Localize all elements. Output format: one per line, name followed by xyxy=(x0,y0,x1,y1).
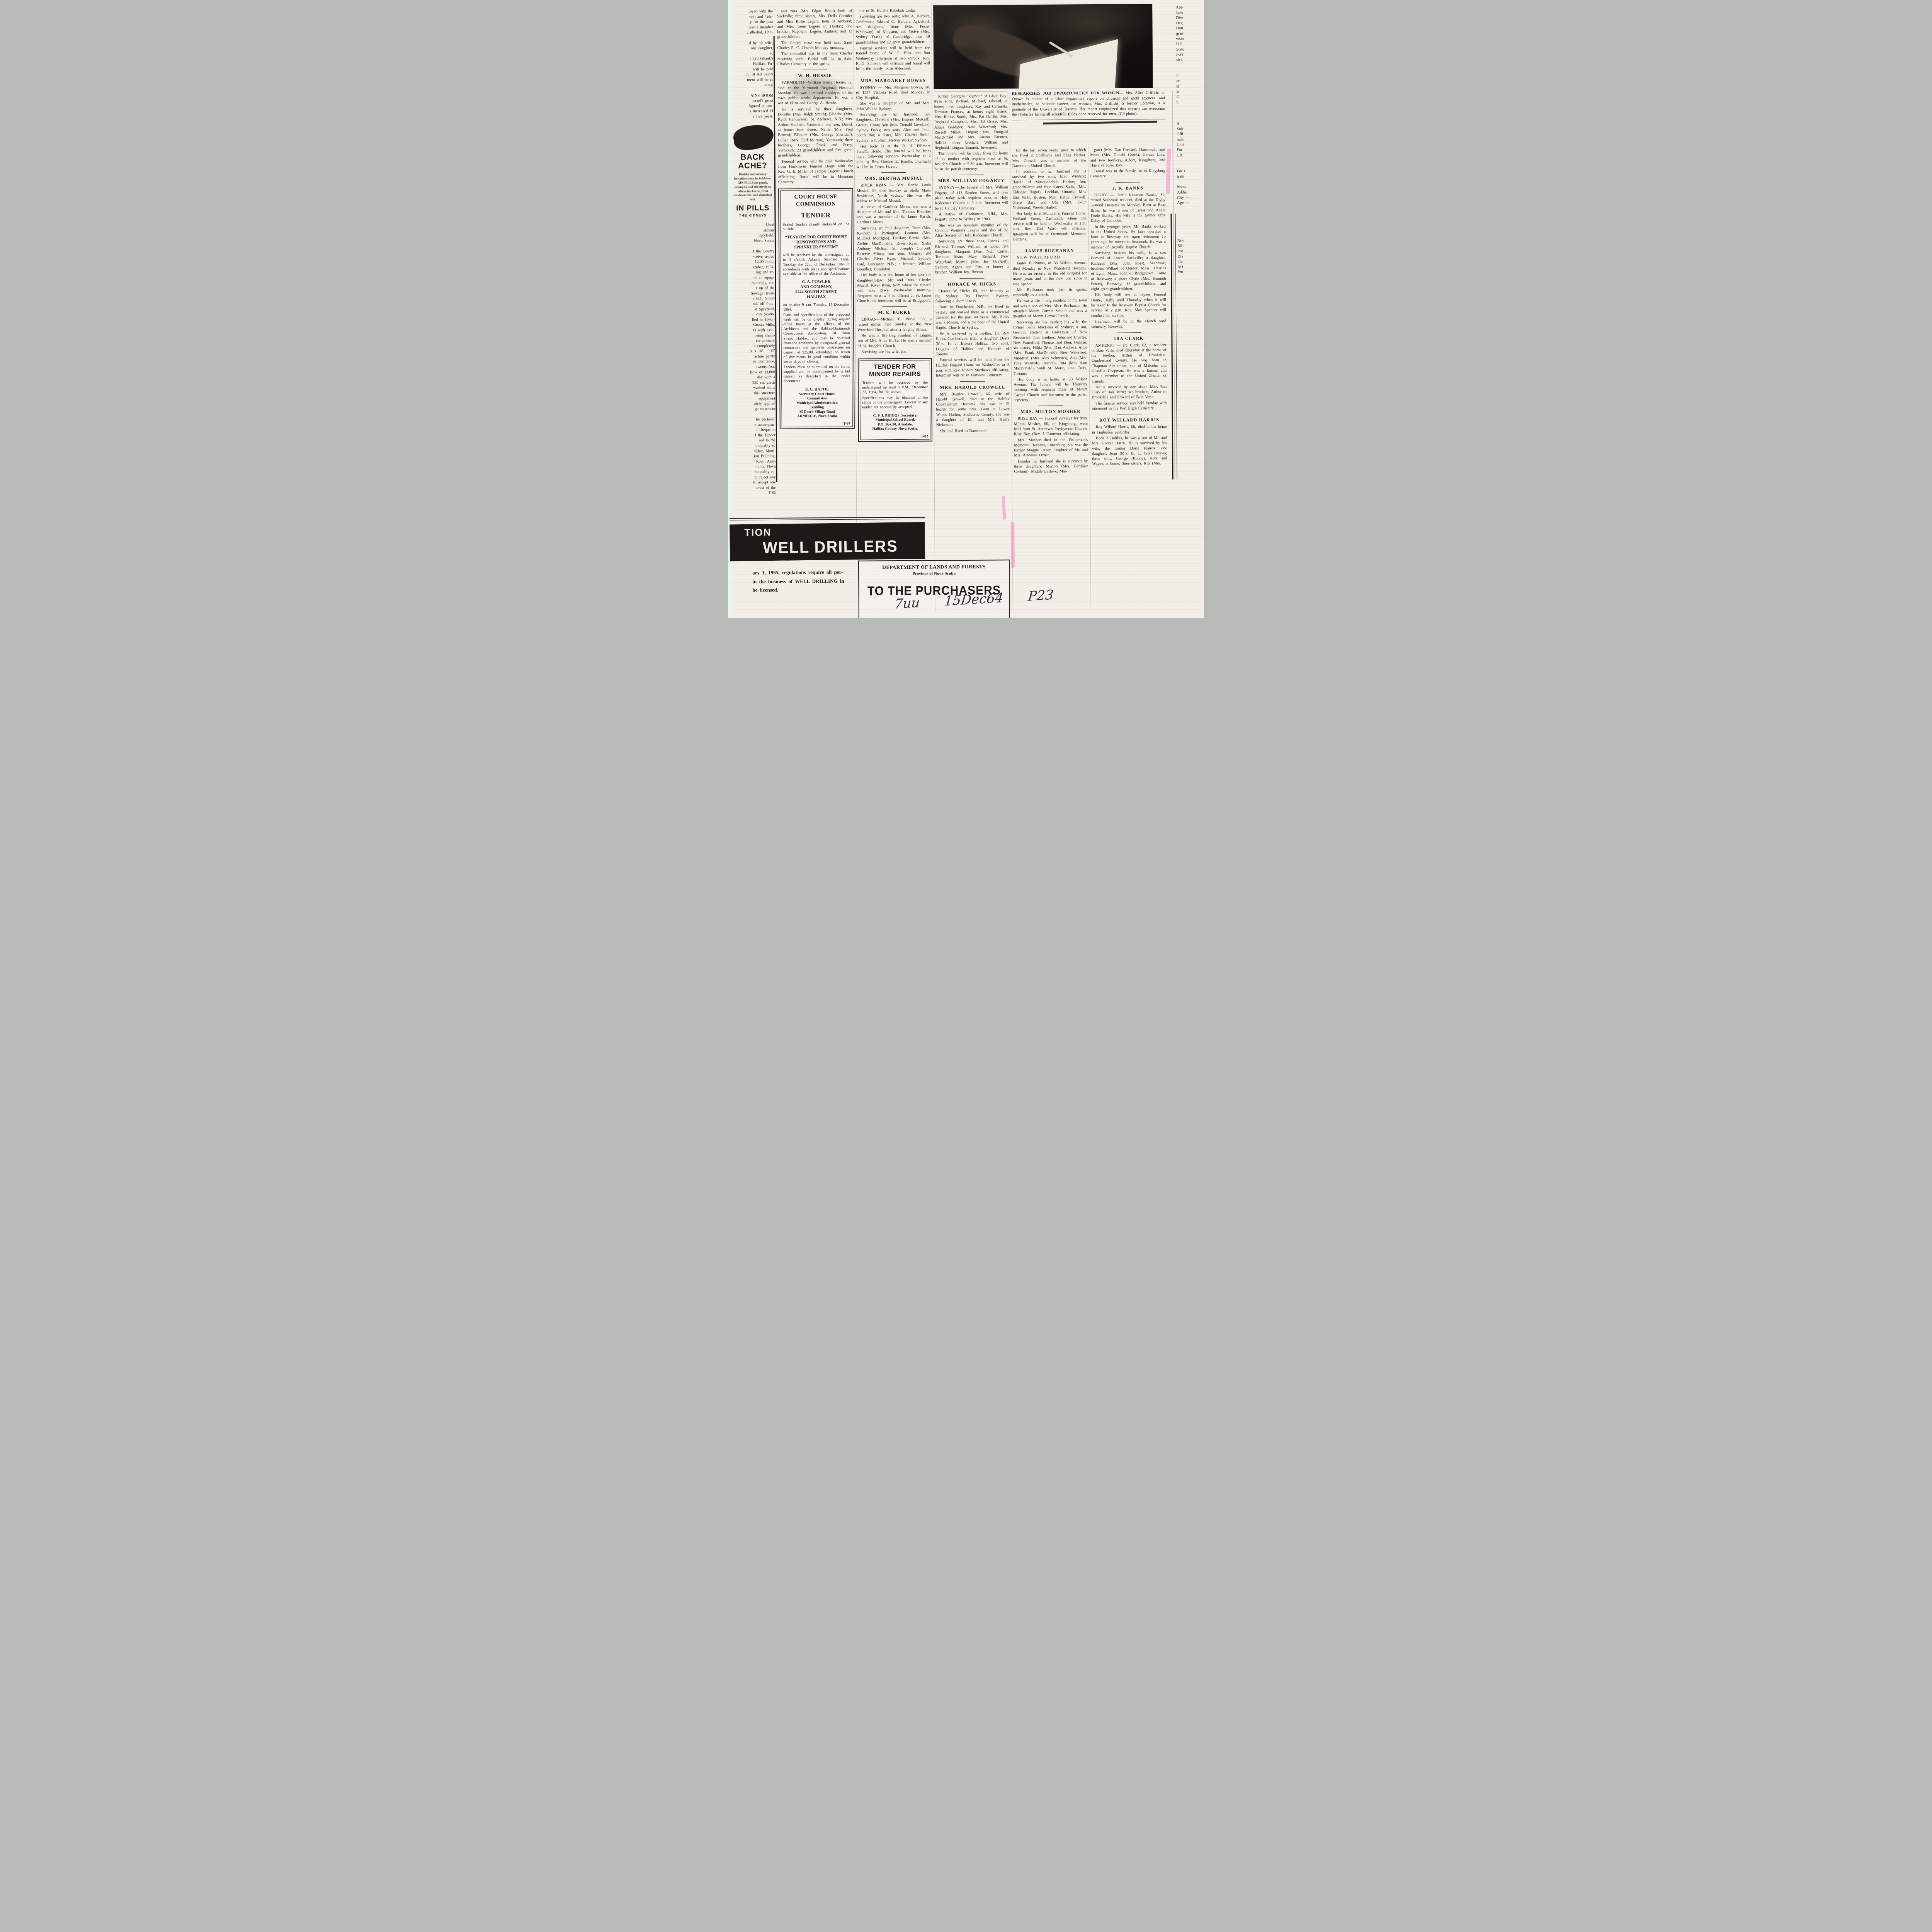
text-fragment xyxy=(731,35,773,41)
text-fragment: s completely xyxy=(733,344,775,349)
section-rule xyxy=(730,519,925,520)
text-fragment: acture partly xyxy=(733,354,775,359)
article-clark: IRA CLARK AMHERST — Ira Clark, 62, a res… xyxy=(1091,336,1167,411)
headline-musial: MRS. BERTHA MUSIAL xyxy=(857,176,931,181)
text-fragment: r up of the xyxy=(732,286,775,291)
paragraph: He was a life-long resident of Lingan, s… xyxy=(857,333,932,349)
paragraph: He is survived by a brother, Dr. Roy Hic… xyxy=(935,331,1009,357)
tender-ad-minor-repairs: TENDER FOR MINOR REPAIRS Tenders will be… xyxy=(858,358,932,442)
paragraph: Funeral service will be held Wednesday f… xyxy=(778,159,853,185)
column-2: and Nita (Mrs Edgar Brian) both of Sackv… xyxy=(777,9,855,429)
ad-paragraph: on or after 9 a.m. Tuesday, 15 December … xyxy=(783,303,850,312)
text-fragment: Pers xyxy=(1176,52,1202,58)
text-fragment: flow of 13,000 xyxy=(733,370,775,375)
marker-strikethrough xyxy=(1043,121,1157,124)
text-fragment: to reject any xyxy=(733,475,776,480)
paragraph: Mr. Buchanan took part in sports, especi… xyxy=(1013,287,1087,298)
text-fragment: this structure xyxy=(733,391,775,396)
text-fragment: App xyxy=(1176,5,1201,10)
paragraph: Born in Dorchester, N.B., he lived in Sy… xyxy=(935,304,1009,331)
paragraph: Surviving are his mother; his wife, the … xyxy=(1013,320,1087,376)
text-fragment: osing cham- xyxy=(732,333,775,338)
text-fragment: gran xyxy=(1176,31,1202,36)
text-fragment: lled in 1960,- xyxy=(732,317,775,323)
banner-main-text: WELL DRILLERS xyxy=(742,537,920,558)
obit-continuation-herbert: ber of St. Eulalie Rebekah Lodge.Survivi… xyxy=(855,8,930,72)
headline-buchanan: JAMES BUCHANAN xyxy=(1013,248,1087,253)
ad-title: TENDER FOR xyxy=(862,364,928,371)
right-fragments-5: NameAddreCity —Age — xyxy=(1177,185,1202,206)
text-fragment: Deg xyxy=(1176,20,1201,26)
paragraph: A native of Gardiner Mines, she was a da… xyxy=(857,204,931,225)
text-fragment: materials, etc. xyxy=(732,281,775,286)
text-fragment: s increased 11 xyxy=(731,109,774,114)
text-fragment: ete primary xyxy=(732,338,775,344)
text-fragment: Nov xyxy=(1177,238,1203,243)
text-fragment: ins: xyxy=(1177,248,1203,254)
text-fragment: T-83 xyxy=(733,490,776,496)
photo-caption: RESEARCHES JOB OPPORTUNITIES FOR WOMEN— … xyxy=(1012,90,1165,120)
text-fragment: day with a xyxy=(733,375,775,380)
article-divider xyxy=(1038,406,1063,406)
column-5: for the last seven years, prior to which… xyxy=(1012,148,1088,475)
ad-firm-line: AND COMPANY, xyxy=(783,284,850,290)
headline-banks: J. K. BANKS xyxy=(1090,186,1165,191)
text-fragment: washed stone xyxy=(733,385,775,391)
ad-signature-line: ARMDALE, Nova Scotia xyxy=(784,414,850,419)
text-fragment: d cheque in xyxy=(733,427,776,433)
column-4: former Georgina Seymour of Glace Bay; th… xyxy=(934,94,1010,434)
text-fragment xyxy=(733,412,776,417)
paragraph: Surviving besides his wife, is a son Ber… xyxy=(1091,250,1166,292)
text-fragment: e accompan- xyxy=(733,422,776,428)
text-fragment: e B.C. Silver xyxy=(732,296,775,301)
paragraph: Besides her husband she is survived by t… xyxy=(1014,459,1088,474)
text-fragment: ember, 1964, xyxy=(732,265,774,270)
text-fragment: eceive sealed xyxy=(732,254,774,260)
text-fragment: f the Tender xyxy=(733,433,776,438)
obit-continuation-legere: and Nita (Mrs Edgar Brian) both of Sackv… xyxy=(777,9,852,67)
ad-paragraph: Plans and specifications of the proposed… xyxy=(783,313,850,364)
article-mosher: MRS. MILTON MOSHER ROSE BAY — Funeral se… xyxy=(1014,409,1088,474)
ad-signature-line: Halifax County, Nova Scotia. xyxy=(862,427,928,432)
paragraph: His body will rest at Jaynes Funeral Hom… xyxy=(1091,292,1166,318)
ad-tag-number: T-84 xyxy=(784,422,850,426)
paragraph: LINGAN—Michael E. Burke, 58, a retired m… xyxy=(857,317,932,333)
text-fragment: was a member xyxy=(730,25,773,30)
paragraph: In his younger years, Mr. Banks worked i… xyxy=(1091,224,1166,250)
paragraph: She was a daughter of Mr. and Mrs. John … xyxy=(856,101,930,112)
headline-fogarty: MRS. WILLIAM FOGARTY xyxy=(935,179,1008,184)
article-hicks: HORACE W. HICKS Horace W. Hicks, 83, die… xyxy=(935,282,1010,378)
ad-body: Bladder and urinary irritations may be t… xyxy=(732,173,773,202)
text-fragment: figured at con- xyxy=(731,104,774,109)
paragraph: Funeral services will be held from the f… xyxy=(856,46,930,72)
pink-highlighter-mark xyxy=(1010,522,1015,568)
paragraph: RIVER RYAN — Mrs. Bertha Louis Musial, 6… xyxy=(857,183,931,204)
handwritten-page-ref: P23 xyxy=(1027,587,1054,604)
text-fragment: CR xyxy=(1177,153,1202,158)
paragraph: A native of Carbonear, Nfld., Mrs. Fogar… xyxy=(935,211,1008,222)
paragraph: He was a life - long resident of the tow… xyxy=(1013,298,1087,319)
text-fragment: Full xyxy=(1176,41,1202,47)
paragraph: The committal was in the Saint Charles r… xyxy=(777,51,852,67)
left-classified-fragments: — UsedatmentSpryfield,Nova Scotia f the … xyxy=(732,223,776,496)
text-fragment: ge treatment xyxy=(733,406,776,412)
paragraph: DIGBY — Jered Kinsman Banks, 80, retired… xyxy=(1090,192,1165,224)
text-fragment: etery. xyxy=(731,82,773,88)
article-divider xyxy=(881,172,906,173)
text-fragment: 3' x 10' — 12' xyxy=(733,349,775,354)
text-fragment xyxy=(732,243,774,249)
paragraph: Horace W. Hicks, 83, died Monday at the … xyxy=(935,288,1009,304)
text-fragment: A xyxy=(1177,121,1202,126)
text-fragment: h xyxy=(1177,100,1202,105)
article-divider xyxy=(960,381,985,381)
paragraph: Surviving are three sons, Patrick and Ri… xyxy=(935,239,1009,275)
text-fragment: visio xyxy=(1176,36,1202,42)
text-fragment: Pro xyxy=(1177,270,1203,275)
text-fragment: 250 cu. yards xyxy=(733,380,775,386)
article-buchanan: JAMES BUCHANAN NEW WATERFORD James Bucha… xyxy=(1013,248,1087,403)
text-fragment: ion Building, xyxy=(733,454,776,459)
text-fragment: e. xyxy=(731,51,773,56)
text-fragment: d by his wife, xyxy=(731,41,773,46)
paragraph: for the last seven years, prior to which… xyxy=(1012,148,1086,168)
paragraph: Surviving are her husband; two daughters… xyxy=(856,112,930,143)
text-fragment: For t xyxy=(1177,169,1202,174)
paragraph: Surviving are his wife, the xyxy=(858,349,932,354)
text-fragment: Addre xyxy=(1177,190,1202,195)
text-fragment: t Cruikshank's xyxy=(731,56,773,61)
text-fragment: Dire xyxy=(1176,15,1201,20)
ad-paragraph: Sealed Tenders plainly endorsed on the o… xyxy=(783,222,849,232)
paragraph: ROSE BAY — Funeral services for Mrs. Mil… xyxy=(1014,416,1088,437)
ad-title: MINOR REPAIRS xyxy=(862,371,928,378)
text-fragment: ing and re- xyxy=(732,270,774,275)
paragraph: The funeral will be today from the home … xyxy=(934,151,1008,172)
paragraph: Her body is at Mattatall's Funeral Home,… xyxy=(1012,211,1086,242)
right-fragments-4: For ttrain xyxy=(1177,169,1202,180)
paragraph: She had lived in Dartmouth xyxy=(936,428,1010,434)
pink-highlighter-mark xyxy=(1166,149,1171,194)
text-fragment: r five years. xyxy=(731,114,774,119)
dateline-buchanan: NEW WATERFORD xyxy=(1013,255,1087,260)
article-burke: M. E. BURKE LINGAN—Michael E. Burke, 58,… xyxy=(857,310,932,355)
scanned-newspaper-page: RESEARCHES JOB OPPORTUNITIES FOR WOMEN— … xyxy=(728,0,1204,618)
paragraph: SYDNEY — Mrs. Margaret Bowes, 58, of 152… xyxy=(856,85,930,100)
paragraph: Surviving are four daughters, Rena (Mrs.… xyxy=(857,225,932,272)
ad-photo-blob xyxy=(732,123,775,152)
article-divider xyxy=(882,306,907,307)
paragraph: Roy Willard Harris, 66, died at his home… xyxy=(1092,424,1167,435)
headline-mosher: MRS. MILTON MOSHER xyxy=(1014,409,1088,414)
text-fragment: Duti xyxy=(1176,26,1202,31)
text-fragment: alifax, Muni- xyxy=(733,449,776,454)
left-cut-column: loyed with theraph and Tele-y for the pa… xyxy=(730,9,776,496)
paragraph: and Nita (Mrs Edgar Brian) both of Sackv… xyxy=(777,9,852,40)
text-fragment: Rifl xyxy=(1177,243,1203,249)
ad-firm-address: C. A. FOWLERAND COMPANY,5244 SOUTH STREE… xyxy=(783,279,850,300)
right-fragments-2: EerRerGh xyxy=(1176,73,1202,105)
column-rule xyxy=(1175,214,1177,480)
paragraph: Interment will be in the church yard cem… xyxy=(1091,319,1166,330)
ad-paragraph: Tenders will be received by the undersig… xyxy=(862,381,928,395)
text-fragment: rs with asso- xyxy=(732,328,775,333)
text-fragment: loyed with the xyxy=(730,9,773,14)
text-fragment: atment xyxy=(732,228,774,233)
text-fragment: f the County xyxy=(732,249,774,254)
article-divider xyxy=(881,75,905,75)
text-fragment: train xyxy=(1177,174,1202,179)
text-fragment: Israel's gross xyxy=(731,98,774,104)
text-fragment: Sewage Treat- xyxy=(732,291,775,296)
paragraph: Her body is at the home of her son and d… xyxy=(857,272,931,304)
article-fogarty: MRS. WILLIAM FOGARTY SYDNEY—The funeral … xyxy=(935,179,1009,275)
text-fragment: of all equip- xyxy=(732,275,774,281)
handwritten-scribble: 7uu xyxy=(894,595,920,612)
text-fragment: Offi xyxy=(1177,132,1202,137)
text-fragment: Name xyxy=(1177,185,1202,190)
article-bowes: MRS. MARGARET BOWES SYDNEY — Mrs. Margar… xyxy=(856,78,930,170)
text-fragment: y for the past xyxy=(730,19,773,25)
left-fragments-top: loyed with theraph and Tele-y for the pa… xyxy=(730,9,774,119)
article-harris: ROY WILLARD HARRIS Roy Willard Harris, 6… xyxy=(1092,418,1167,467)
text-fragment: raph and Tele- xyxy=(730,14,773,20)
caption-lead: RESEARCHES JOB OPPORTUNITIES FOR WOMEN— xyxy=(1012,91,1124,96)
text-fragment: G xyxy=(1177,94,1202,100)
ad-paragraph: Tenders must be submitted on the forms s… xyxy=(784,365,850,384)
column-3: ber of St. Eulalie Rebekah Lodge.Survivi… xyxy=(855,8,932,442)
text-fragment: n., at All Saints xyxy=(731,72,773,77)
obit-continuation-seymour: former Georgina Seymour of Glace Bay; th… xyxy=(934,94,1008,172)
text-fragment: ova Scotia. xyxy=(732,312,775,317)
section-rule xyxy=(730,517,925,519)
paragraph: The funeral mass was held from Saint Cha… xyxy=(777,40,852,51)
text-fragment: sed to the xyxy=(733,438,776,443)
ad-title: COMMISSION xyxy=(782,201,849,208)
ad-paragraph: will be received by the undersigned up t… xyxy=(783,253,849,277)
ad-emphasis: “TENDERS FOR COURT HOUSE RENOVATIONS AND… xyxy=(784,235,848,250)
paragraph: Mrs. Mosher died in the Fishermen's Memo… xyxy=(1014,437,1088,458)
text-fragment: Act xyxy=(1177,264,1203,270)
ad-headline: BACK ACHE? xyxy=(731,153,774,171)
text-fragment xyxy=(731,88,773,93)
right-fragments-3: ASubOffiSaleClosForCR xyxy=(1177,121,1202,158)
text-fragment: ounty, Nova xyxy=(733,464,776,469)
paragraph: Funeral services will be held from the H… xyxy=(936,357,1009,378)
text-fragment: City — xyxy=(1177,195,1202,201)
ad-signature: C. P. J. BRIGGS, Secretary,Municipal Sch… xyxy=(862,413,928,431)
text-fragment: Spryfield, xyxy=(732,233,774,238)
text-fragment: ately applied xyxy=(733,401,775,406)
text-fragment: — Used xyxy=(732,223,774,228)
text-fragment: Nova Scotia xyxy=(732,238,774,244)
text-fragment: E xyxy=(1176,73,1202,79)
text-fragment: nicipality re- xyxy=(733,469,776,475)
text-fragment: Sub xyxy=(1177,126,1202,132)
text-fragment: Clos xyxy=(1177,142,1202,148)
ad-title: COURT HOUSE xyxy=(782,194,849,201)
text-fragment: in link fence. xyxy=(733,359,775,365)
obit-continuation-mosher: garet (Mrs. Dan Creaser), Dartmouth; and… xyxy=(1090,147,1165,179)
headline-burke: M. E. BURKE xyxy=(857,310,932,315)
text-fragment: Dia xyxy=(1177,254,1203,259)
paragraph: James Buchanan, of 33 Wilson Avenue, die… xyxy=(1013,260,1087,287)
paragraph: He is survived by three daughters, Dorot… xyxy=(778,107,853,158)
tender-ad-courthouse: COURT HOUSE COMMISSION TENDER Sealed Ten… xyxy=(778,188,855,429)
column-6: garet (Mrs. Dan Creaser), Dartmouth; and… xyxy=(1090,147,1167,468)
text-fragment: nicipality of xyxy=(733,443,776,449)
text-fragment: nds off Pine- xyxy=(732,301,775,307)
text-fragment: Janu xyxy=(1176,10,1201,15)
ad-headline-line2: ACHE? xyxy=(731,162,774,171)
text-fragment: be enclosed xyxy=(733,417,776,422)
text-fragment: For xyxy=(1177,147,1202,153)
paragraph: Born in Halifax, he was a son of Mr. and… xyxy=(1092,435,1167,467)
text-fragment: Road, Arm- xyxy=(733,459,776,464)
text-fragment: n Spryfield, xyxy=(732,307,775,312)
text-fragment: Crosta Mills, xyxy=(732,322,775,328)
banner-cut-word: TION xyxy=(744,526,772,539)
backache-ad: BACK ACHE? Bladder and urinary irritatio… xyxy=(731,126,774,218)
well-drillers-banner: TION WELL DRILLERS xyxy=(730,522,925,561)
ad-headline-line1: BACK xyxy=(731,153,774,162)
text-fragment: sick xyxy=(1176,57,1202,63)
ad-sub-line: THE KIDNEYS xyxy=(731,213,774,218)
ad-signature: R. G. HATTIESecretary Court HouseCommiss… xyxy=(784,387,850,419)
text-fragment: AINS BOOM xyxy=(731,93,774,99)
text-fragment: Cathedral, Hali- xyxy=(731,30,773,35)
ad-firm-line: 5244 SOUTH STREET, xyxy=(783,289,850,295)
article-divider xyxy=(1117,414,1142,415)
article-crowell: MRS. HAROLD CROWELL Mrs. Bernice Crowell… xyxy=(936,385,1010,434)
paragraph: ber of St. Eulalie Rebekah Lodge. xyxy=(855,8,930,14)
paragraph: SYDNEY—The funeral of Mrs. William Fogar… xyxy=(935,185,1008,211)
right-fragments-1: AppJanuDireDegDutigranvisioFullStatePers… xyxy=(1176,5,1202,63)
article-divider xyxy=(1116,332,1141,333)
paragraph: AMHERST — Ira Clark, 62, a resident of B… xyxy=(1092,342,1167,384)
text-fragment: Halifax. Fu- xyxy=(731,61,773,67)
ad-brand-line: IN PILLS xyxy=(731,204,774,213)
article-musial: MRS. BERTHA MUSIAL RIVER RYAN — Mrs. Ber… xyxy=(857,176,932,304)
headline-clark: IRA CLARK xyxy=(1091,336,1166,341)
text-fragment: twenty-four xyxy=(733,364,775,370)
headline-hicks: HORACE W. HICKS xyxy=(935,282,1009,287)
article-divider xyxy=(1116,182,1140,182)
text-fragment: er xyxy=(1177,89,1202,95)
article-divider xyxy=(803,70,827,70)
ad-paragraph: Specifications may be obtained at the of… xyxy=(862,395,928,410)
text-fragment: will be held xyxy=(731,67,773,72)
paragraph: Her body is at the R. H. Fillmore Funera… xyxy=(856,143,930,170)
text-fragment: er xyxy=(1176,78,1202,84)
article-divider xyxy=(1037,245,1062,245)
paragraph: former Georgina Seymour of Glace Bay; th… xyxy=(934,94,1008,150)
paragraph: She was an honorary member of the Cathol… xyxy=(935,223,1009,238)
text-fragment: Age — xyxy=(1177,200,1202,206)
text-fragment: to accept any xyxy=(733,480,776,485)
paragraph: garet (Mrs. Dan Creaser), Dartmouth; and… xyxy=(1090,147,1165,168)
text-fragment: 12.00 noon, xyxy=(732,259,774,265)
article-divider xyxy=(959,175,984,175)
headline-crowell: MRS. HAROLD CROWELL xyxy=(936,385,1009,390)
text-fragment: terest of the xyxy=(733,485,776,491)
paragraph: Mrs. Bernice Crowell, 66, wife of Harold… xyxy=(936,391,1010,428)
paragraph: His body is at home at 33 Wilson Avenue.… xyxy=(1014,377,1087,403)
right-cut-column: AppJanuDireDegDutigranvisioFullStatePers… xyxy=(1176,5,1203,275)
headline-hessie: W. H. HESSIE xyxy=(777,73,852,78)
text-fragment: ment will be in xyxy=(731,77,773,83)
text-fragment: Sale xyxy=(1177,137,1202,142)
obit-continuation-crowell: for the last seven years, prior to which… xyxy=(1012,148,1086,242)
ad-firm-line: C. A. FOWLER xyxy=(783,279,850,285)
headline-harris: ROY WILLARD HARRIS xyxy=(1092,418,1167,423)
text-fragment: State xyxy=(1176,47,1202,52)
ad-subtitle: TENDER xyxy=(782,211,849,219)
paragraph: Surviving are two sons; John A. Herbert,… xyxy=(855,14,930,45)
ad-firm-line: HALIFAX xyxy=(783,294,850,300)
section-rule xyxy=(934,91,1008,92)
article-divider xyxy=(959,278,984,278)
paragraph: The funeral service was held Sunday with… xyxy=(1092,401,1167,412)
well-drilling-regulations: ary 1, 1965, regulations require all per… xyxy=(752,567,1000,594)
article-banks: J. K. BANKS DIGBY — Jered Kinsman Banks,… xyxy=(1090,186,1166,330)
paragraph: He is survived by one sister, Miss Etta … xyxy=(1092,384,1167,400)
headline-bowes: MRS. MARGARET BOWES xyxy=(856,78,930,83)
text-fragment: one daughter, xyxy=(731,46,773,51)
pink-highlighter-mark xyxy=(1002,496,1006,520)
text-fragment: R xyxy=(1176,84,1202,89)
ad-tag-number: T-82 xyxy=(862,434,928,439)
text-fragment: trai xyxy=(1177,259,1203,264)
paragraph: In addition to her husband she is surviv… xyxy=(1012,169,1087,211)
right-fragments-6: NovRiflins:DiatraiActPro xyxy=(1177,238,1203,275)
text-fragment: equipment xyxy=(733,396,775,401)
paragraph: Burial was in the family lot in Kingsbur… xyxy=(1090,168,1165,179)
